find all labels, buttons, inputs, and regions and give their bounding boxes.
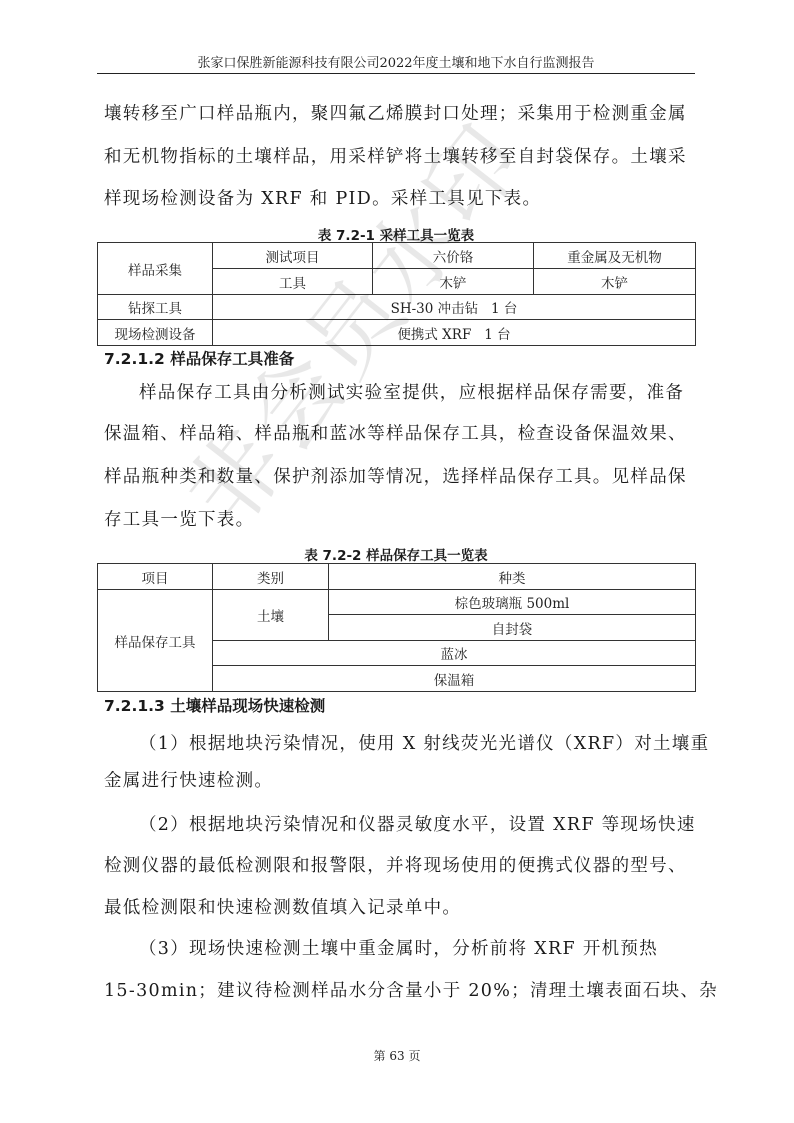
report-header-title: 张家口保胜新能源科技有限公司2022年度土壤和地下水自行监测报告 — [97, 52, 695, 71]
table1-caption: 表 7.2-1 采样工具一览表 — [97, 224, 695, 244]
cell-test-item-heavy-metals: 重金属及无机物 — [534, 243, 696, 269]
header-category: 类别 — [213, 564, 329, 590]
cell-category-soil: 土壤 — [213, 590, 329, 641]
intro-line-2: 和无机物指标的土壤样品，用采样铲将土壤转移至自封袋保存。土壤采 — [104, 143, 687, 168]
section3-p2-line-1: （2）根据地块污染情况和仪器灵敏度水平，设置 XRF 等现场快速 — [139, 811, 696, 836]
intro-line-1: 壤转移至广口样品瓶内，聚四氟乙烯膜封口处理；采集用于检测重金属 — [104, 100, 687, 125]
cell-tool-heavy-metals: 木铲 — [534, 269, 696, 295]
section3-p3-line-2: 15-30min；建议待检测样品水分含量小于 20%；清理土壤表面石块、杂 — [104, 977, 718, 1002]
section3-p2-line-2: 检测仪器的最低检测限和报警限，并将现场使用的便携式仪器的型号、 — [104, 852, 687, 877]
header-item: 项目 — [98, 564, 213, 590]
cell-drilling-label: 钻探工具 — [98, 295, 213, 320]
cell-test-item-chromium: 六价铬 — [373, 243, 534, 269]
cell-drilling-value: SH-30 冲击钻 1 台 — [213, 295, 696, 320]
sample-storage-tools-table: 项目 类别 种类 样品保存工具 土壤 棕色玻璃瓶 500ml 自封袋 蓝冰 保温… — [97, 563, 696, 692]
cell-test-item-label: 测试项目 — [213, 243, 373, 269]
section3-p2-line-3: 最低检测限和快速检测数值填入记录单中。 — [104, 894, 461, 919]
section2-line-4: 存工具一览下表。 — [104, 506, 254, 531]
section-heading-7-2-1-3: 7.2.1.3 土壤样品现场快速检测 — [104, 694, 325, 716]
intro-line-3: 样现场检测设备为 XRF 和 PID。采样工具见下表。 — [104, 185, 541, 210]
cell-type-blue-ice: 蓝冰 — [213, 641, 696, 666]
cell-tool-label: 工具 — [213, 269, 373, 295]
section2-line-1: 样品保存工具由分析测试实验室提供，应根据样品保存需要，准备 — [139, 379, 684, 404]
cell-sampling-label: 样品采集 — [98, 243, 213, 295]
sampling-tools-table: 样品采集 测试项目 六价铬 重金属及无机物 工具 木铲 木铲 钻探工具 SH-3… — [97, 242, 696, 346]
cell-field-device-value: 便携式 XRF 1 台 — [213, 320, 696, 346]
header-divider — [97, 73, 695, 74]
cell-storage-item: 样品保存工具 — [98, 590, 213, 692]
cell-type-brown-glass-bottle: 棕色玻璃瓶 500ml — [329, 590, 696, 615]
page-number: 第 63 页 — [0, 1047, 794, 1064]
header-type: 种类 — [329, 564, 696, 590]
section-heading-7-2-1-2: 7.2.1.2 样品保存工具准备 — [104, 347, 294, 369]
cell-type-ziplock-bag: 自封袋 — [329, 615, 696, 641]
section3-p1-line-2: 金属进行快速检测。 — [104, 767, 273, 792]
section3-p3-line-1: （3）现场快速检测土壤中重金属时，分析前将 XRF 开机预热 — [139, 935, 658, 960]
cell-type-cooler-box: 保温箱 — [213, 666, 696, 692]
section2-line-2: 保温箱、样品箱、样品瓶和蓝冰等样品保存工具，检查设备保温效果、 — [104, 420, 687, 445]
cell-tool-chromium: 木铲 — [373, 269, 534, 295]
table2-caption: 表 7.2-2 样品保存工具一览表 — [97, 544, 695, 564]
cell-field-device-label: 现场检测设备 — [98, 320, 213, 346]
section3-p1-line-1: （1）根据地块污染情况，使用 X 射线荧光光谱仪（XRF）对土壤重 — [139, 730, 709, 755]
section2-line-3: 样品瓶种类和数量、保护剂添加等情况，选择样品保存工具。见样品保 — [104, 463, 687, 488]
